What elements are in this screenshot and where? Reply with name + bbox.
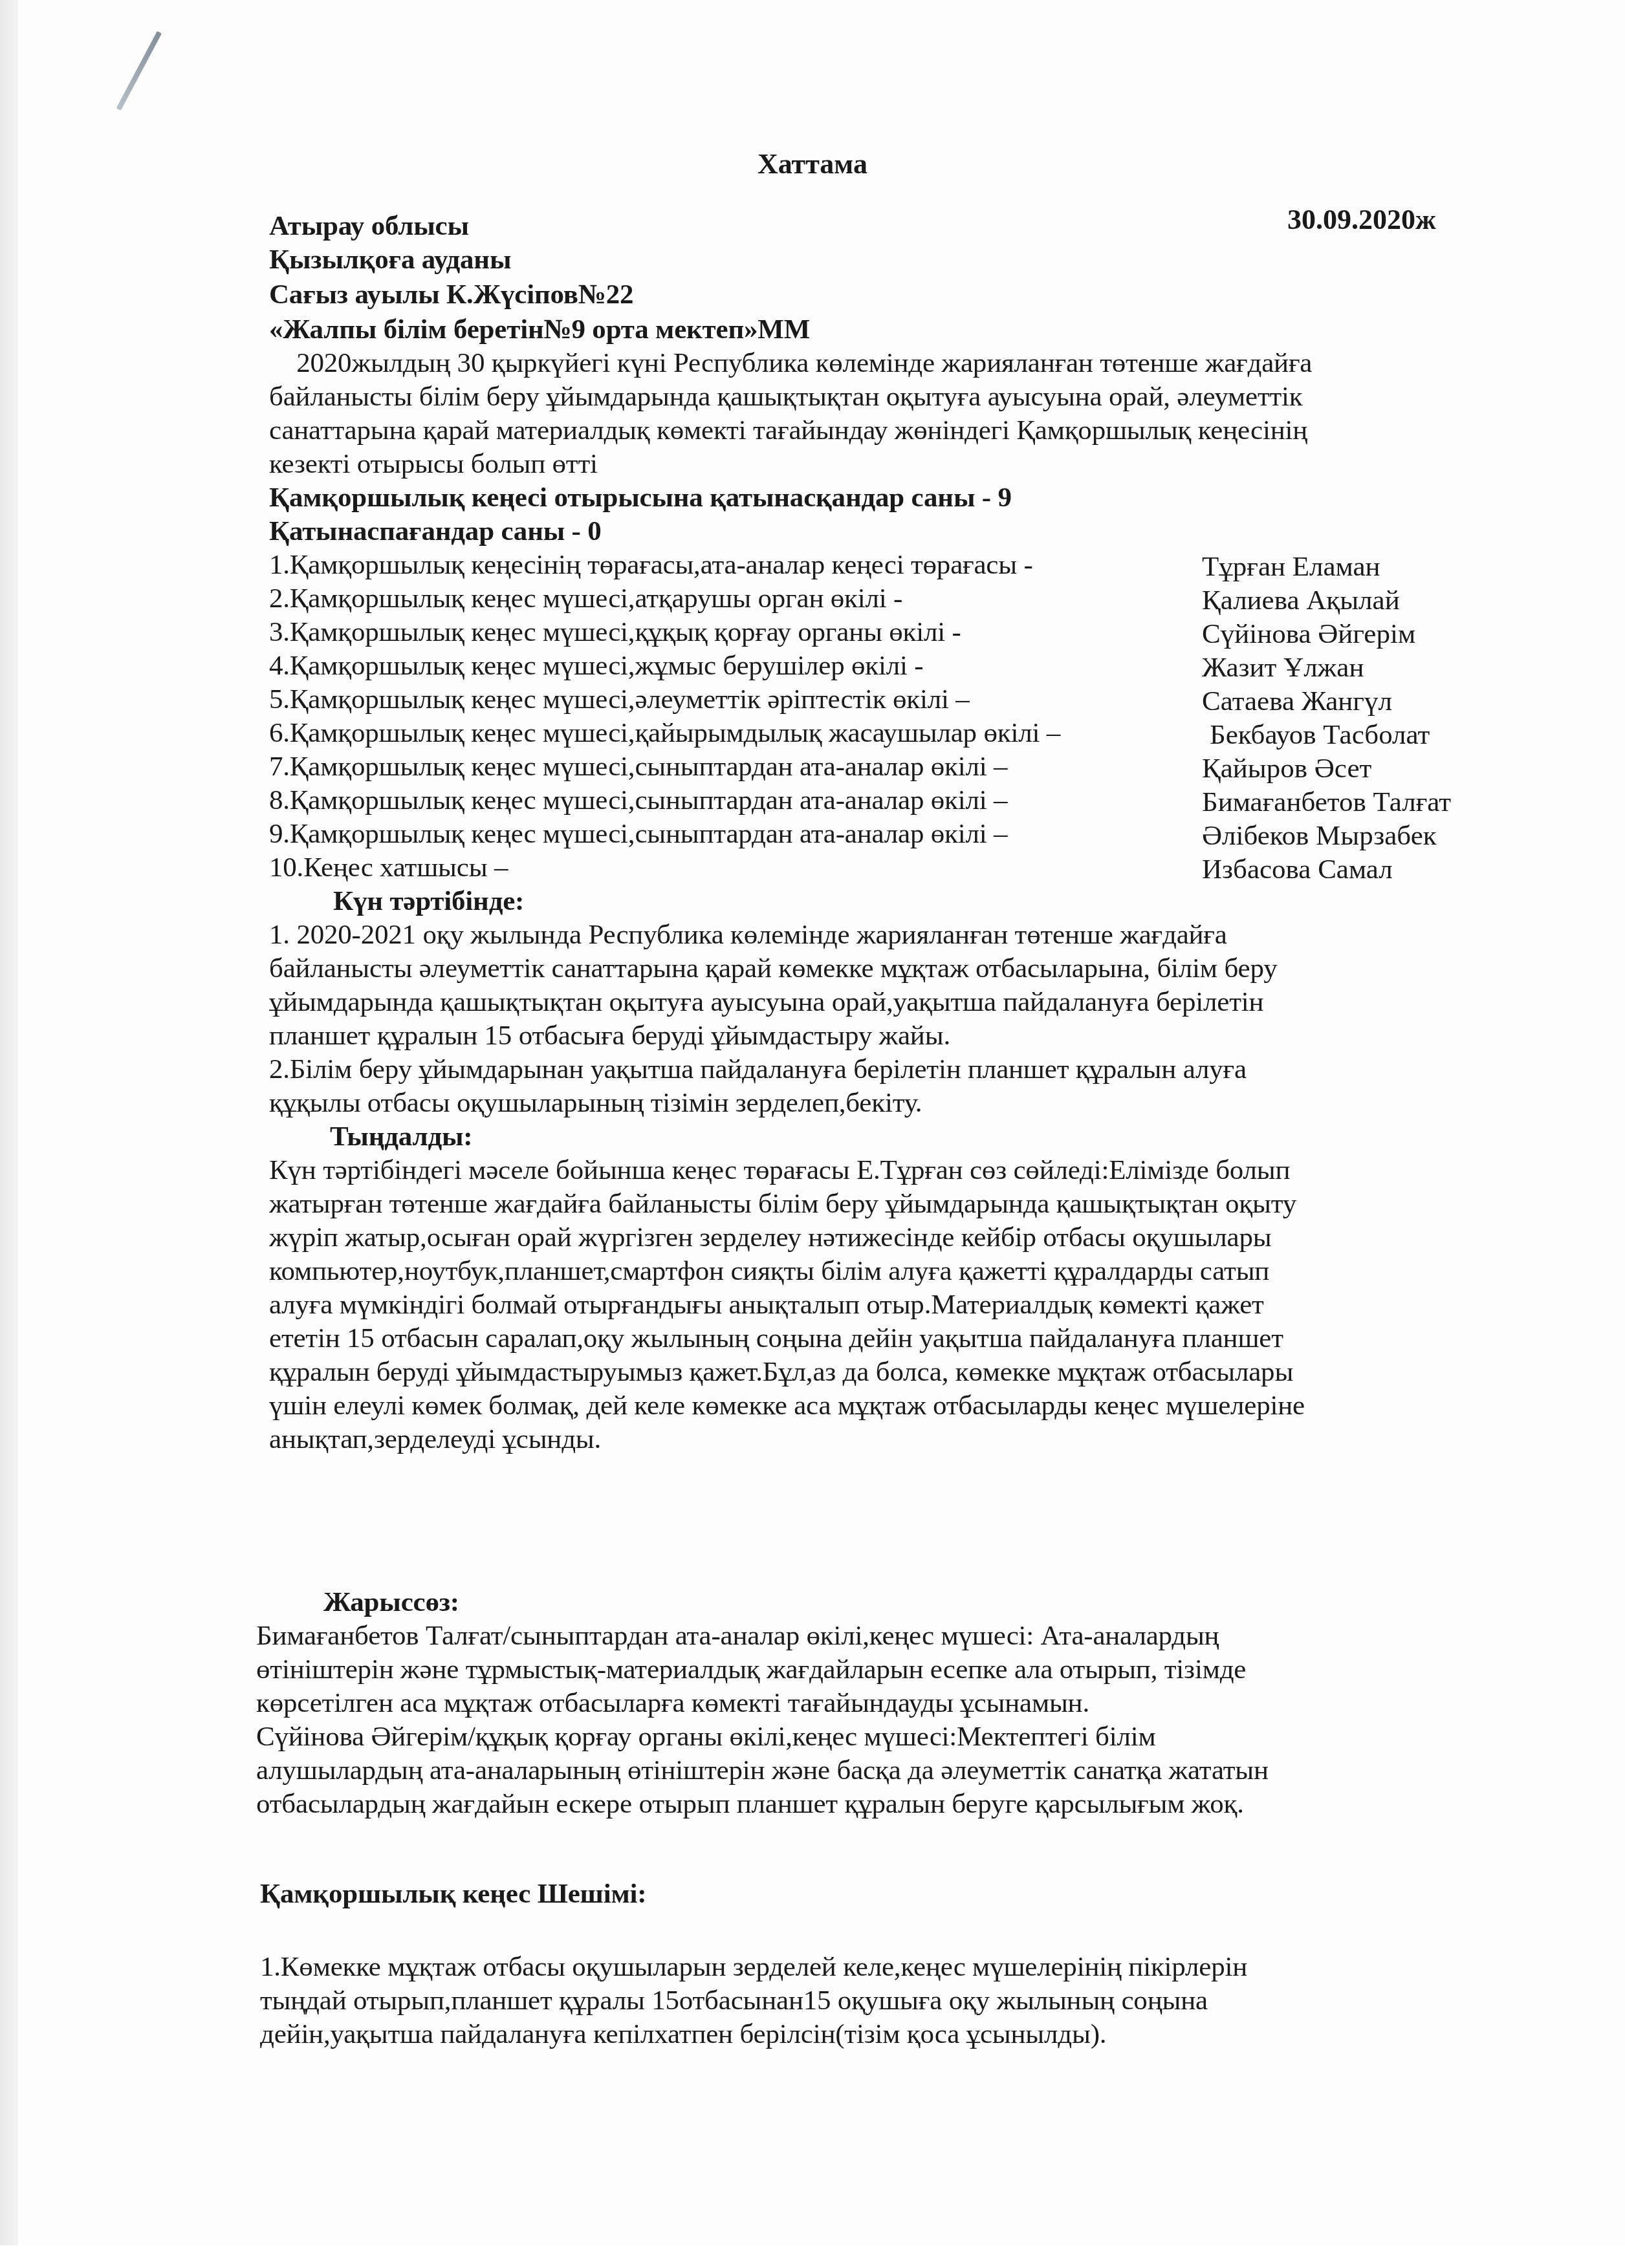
member-role: 4.Қамқоршылық кеңес мүшесі,жұмыс берушіл… <box>269 652 923 680</box>
heard-line: компьютер,ноутбук,планшет,смартфон сияқт… <box>269 1257 1269 1285</box>
debate-line: Бимағанбетов Талғат/сыныптардан ата-анал… <box>256 1622 1219 1650</box>
debate-line: көрсетілген аса мұқтаж отбасыларға көмек… <box>256 1689 1089 1717</box>
member-role: 10.Кеңес хатшысы – <box>269 854 508 881</box>
debate-line: отбасылардың жағдайын ескере отырып план… <box>256 1790 1244 1818</box>
member-role: 1.Қамқоршылық кеңесінің төрағасы,ата-ана… <box>269 551 1033 579</box>
debate-line: өтініштерін және тұрмыстық-материалдық ж… <box>256 1656 1246 1683</box>
heard-line: Күн тәртібіндегі мәселе бойынша кеңес тө… <box>269 1156 1290 1184</box>
agenda-line: планшет құралын 15 отбасыға беруді ұйымд… <box>269 1022 950 1050</box>
decision-heading: Қамқоршылық кеңес Шешімі: <box>260 1880 646 1908</box>
member-name: Бимағанбетов Талғат <box>1202 786 1451 818</box>
debate-line: Сүйінова Әйгерім/құқық қорғау органы өкі… <box>256 1723 1156 1751</box>
attendance-present: Қамқоршылық кеңесі отырысына қатынасқанд… <box>269 484 1012 512</box>
intro-line: байланысты білім беру ұйымдарында қашықт… <box>269 383 1303 411</box>
intro-line: кезекті отырысы болып өтті <box>269 450 598 478</box>
member-name: Сатаева Жангүл <box>1202 686 1392 717</box>
header-village: Сағыз ауылы К.Жүсіпов№22 <box>269 281 633 308</box>
member-name: Жазит Ұлжан <box>1202 652 1364 684</box>
heard-line: алуға мүмкіндігі болмай отырғандығы анық… <box>269 1291 1264 1319</box>
debate-line: алушылардың ата-аналарының өтініштерін ж… <box>256 1756 1269 1784</box>
agenda-line: құқылы отбасы оқушыларының тізімін зерде… <box>269 1089 922 1117</box>
scanned-page: Хаттама 30.09.2020ж Атырау облысы Қызылқ… <box>0 0 1625 2245</box>
attendance-absent: Қатынаспағандар саны - 0 <box>269 517 602 545</box>
member-name: Избасова Самал <box>1202 854 1393 885</box>
member-name: Бекбауов Тасболат <box>1210 719 1430 751</box>
heard-line: анықтап,зерделеуді ұсынды. <box>269 1425 601 1453</box>
heard-line: жүріп жатыр,осыған орай жүргізген зердел… <box>269 1224 1271 1251</box>
document-date: 30.09.2020ж <box>1287 203 1436 236</box>
member-name: Тұрған Еламан <box>1202 551 1380 583</box>
heard-line: жатырған төтенше жағдайға байланысты біл… <box>269 1190 1296 1218</box>
member-role: 6.Қамқоршылық кеңес мүшесі,қайырымдылық … <box>269 719 1060 747</box>
intro-line: 2020жылдың 30 қыркүйегі күні Республика … <box>269 349 1312 377</box>
heard-line: ететін 15 отбасын саралап,оқу жылының со… <box>269 1324 1283 1352</box>
member-name: Әлібеков Мырзабек <box>1202 820 1437 852</box>
decision-line: дейін,уақытша пайдалануға кепілхатпен бе… <box>260 2020 1106 2048</box>
header-school: «Жалпы білім беретін№9 орта мектеп»ММ <box>269 316 810 343</box>
member-role: 9.Қамқоршылық кеңес мүшесі,сыныптардан а… <box>269 820 1007 848</box>
member-name: Қайыров Әсет <box>1202 753 1371 784</box>
member-name: Сүйінова Әйгерім <box>1202 618 1415 650</box>
member-role: 7.Қамқоршылық кеңес мүшесі,сыныптардан а… <box>269 753 1007 781</box>
member-role: 8.Қамқоршылық кеңес мүшесі,сыныптардан а… <box>269 786 1007 814</box>
agenda-line: байланысты әлеуметтік санаттарына қарай … <box>269 955 1277 982</box>
agenda-line: ұйымдарында қашықтықтан оқытуға ауысуына… <box>269 988 1263 1016</box>
heard-heading: Тыңдалды: <box>330 1123 473 1150</box>
header-region: Атырау облысы <box>269 212 469 240</box>
member-role: 3.Қамқоршылық кеңес мүшесі,құқық қорғау … <box>269 618 961 646</box>
document-title: Хаттама <box>0 147 1625 180</box>
header-district: Қызылқоға ауданы <box>269 246 511 274</box>
debate-heading: Жарыссөз: <box>323 1588 459 1616</box>
decision-line: 1.Көмекке мұқтаж отбасы оқушыларын зерде… <box>260 1953 1247 1981</box>
pen-mark <box>116 31 162 111</box>
scan-edge-shadow <box>0 0 18 2245</box>
heard-line: құралын беруді ұйымдастыруымыз қажет.Бұл… <box>269 1358 1293 1386</box>
intro-line: санаттарына қарай материалдық көмекті та… <box>269 416 1307 444</box>
agenda-line: 2.Білім беру ұйымдарынан уақытша пайдала… <box>269 1055 1247 1083</box>
agenda-heading: Күн тәртібінде: <box>333 887 524 915</box>
decision-line: тыңдай отырып,планшет құралы 15отбасынан… <box>260 1987 1208 2014</box>
member-name: Қалиева Ақылай <box>1202 585 1400 616</box>
heard-line: үшін елеулі көмек болмақ, дей келе көмек… <box>269 1392 1305 1420</box>
agenda-line: 1. 2020-2021 оқу жылында Республика көле… <box>269 921 1227 949</box>
member-role: 5.Қамқоршылық кеңес мүшесі,әлеуметтік әр… <box>269 686 970 713</box>
member-role: 2.Қамқоршылық кеңес мүшесі,атқарушы орга… <box>269 585 902 612</box>
